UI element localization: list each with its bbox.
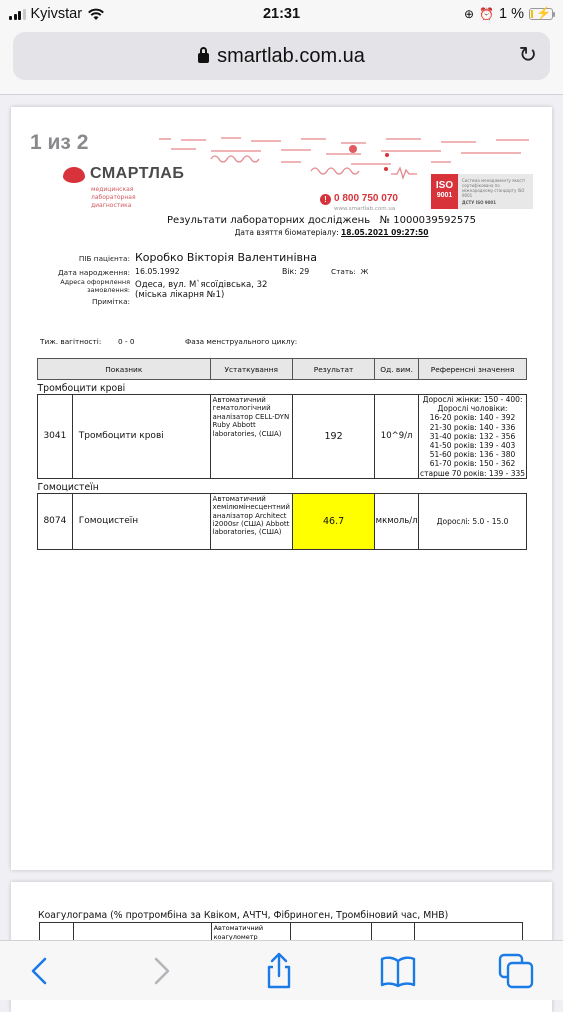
test-name: Гомоцистеїн (72, 493, 210, 549)
iso-certificate: ISO 9001 Система менеджменту якості серт… (431, 174, 533, 209)
dob-label: Дата народження: (11, 268, 130, 277)
document-title: Результати лабораторних досліджень № 100… (11, 215, 552, 226)
header-result: Результат (292, 359, 374, 380)
table-row: 3041 Тромбоцити крові Автоматичний гемат… (38, 395, 527, 479)
header-reference: Референсні значення (419, 359, 527, 380)
brand-tagline: медицинская лабораторная диагностика (91, 186, 151, 210)
menstrual-cycle-label: Фаза менструального циклу: (185, 337, 297, 346)
website-text: www.smartlab.com.ua (334, 206, 395, 212)
test-code: 8074 (38, 493, 73, 549)
header-equipment: Устаткування (210, 359, 292, 380)
address-label-1: Адреса оформлення (11, 278, 130, 286)
table-header-row: Показник Устаткування Результат Од. вим.… (38, 359, 527, 380)
book-icon (376, 949, 420, 993)
phone-number: !0 800 750 070 (320, 193, 398, 205)
browser-toolbar (0, 940, 563, 1000)
test-unit: 10^9/л (375, 395, 419, 479)
address-line-1: Одеса, вул. М`ясоїдівська, 32 (135, 280, 267, 290)
page-indicator: 1 из 2 (30, 131, 120, 165)
bookmarks-button[interactable] (376, 949, 420, 993)
lock-icon (198, 53, 209, 63)
sample-date-value: 18.05.2021 09:27:50 (341, 228, 428, 237)
logo-mark-icon (63, 167, 85, 183)
group-title: Тромбоцити крові (38, 380, 527, 395)
dob-value: 16.05.1992 (135, 267, 180, 276)
reload-icon[interactable]: ↻ (519, 43, 537, 68)
table-row: 8074 Гомоцистеїн Автоматичний хемілюміне… (38, 493, 527, 549)
sex: Стать: Ж (331, 267, 368, 276)
brand-name: СМАРТЛАБ (90, 165, 184, 183)
url-text: smartlab.com.ua (217, 45, 365, 67)
chevron-left-icon (18, 949, 62, 993)
iso-text: Система менеджменту якості сертифікована… (462, 178, 525, 198)
note-label: Примітка: (11, 297, 130, 306)
chevron-right-icon (139, 949, 183, 993)
share-icon (257, 949, 301, 993)
test-reference: Дорослі: 5.0 - 15.0 (419, 493, 527, 549)
alarm-icon: ⏰ (479, 7, 494, 21)
group-title: Гомоцистеїн (38, 478, 527, 493)
share-button[interactable] (257, 949, 301, 993)
tabs-button[interactable] (494, 949, 538, 993)
iso-badge: ISO 9001 (431, 174, 458, 209)
test-result-flagged: 46.7 (292, 493, 374, 549)
coagulogram-title: Коагулограма (% протромбіна за Квіком, А… (38, 910, 448, 921)
alert-icon: ! (320, 194, 331, 205)
test-equipment: Автоматичний гематологічний аналізатор C… (210, 395, 292, 479)
test-code: 3041 (38, 395, 73, 479)
header-unit: Од. вим. (375, 359, 419, 380)
document-page-1: 1 из 2 СМАРТЛАБ медицинская лабораторная… (11, 107, 552, 870)
address-bar[interactable]: smartlab.com.ua ↻ (13, 32, 550, 80)
test-unit: мкмоль/л (375, 493, 419, 549)
forward-button[interactable] (139, 949, 183, 993)
age: Вік: 29 (282, 267, 309, 276)
patient-name: Коробко Вікторія Валентинівна (135, 251, 317, 264)
back-button[interactable] (18, 949, 62, 993)
header-indicator: Показник (38, 359, 211, 380)
battery-percent: 1 % (499, 6, 524, 22)
results-table: Показник Устаткування Результат Од. вим.… (37, 358, 527, 550)
browser-top-bar: Kyivstar 21:31 ⊕ ⏰ 1 % ⚡ smartlab.com.ua… (0, 0, 563, 95)
sample-date: Дата взяття біоматеріалу: 18.05.2021 09:… (11, 228, 552, 237)
pregnancy-value: 0 - 0 (118, 337, 135, 346)
battery-icon: ⚡ (529, 8, 553, 20)
test-equipment: Автоматичний хемілюмінесцентний аналізат… (210, 493, 292, 549)
document-number: № 1000039592575 (380, 215, 476, 226)
iso-standard: ДСТУ ISO 9001 (462, 200, 530, 205)
test-reference: Дорослі жінки: 150 - 400: Дорослі чолові… (419, 395, 527, 479)
patient-name-label: ПІБ пацієнта: (11, 254, 130, 263)
test-result: 192 (292, 395, 374, 479)
orientation-lock-icon: ⊕ (464, 7, 474, 21)
address-line-2: (міська лікарня №1) (135, 290, 224, 300)
pregnancy-label: Тиж. вагітності: (40, 337, 101, 346)
status-bar: Kyivstar 21:31 ⊕ ⏰ 1 % ⚡ (0, 4, 563, 26)
test-name: Тромбоцити крові (72, 395, 210, 479)
address-label-2: замовлення: (11, 286, 130, 294)
tabs-icon (494, 949, 538, 993)
